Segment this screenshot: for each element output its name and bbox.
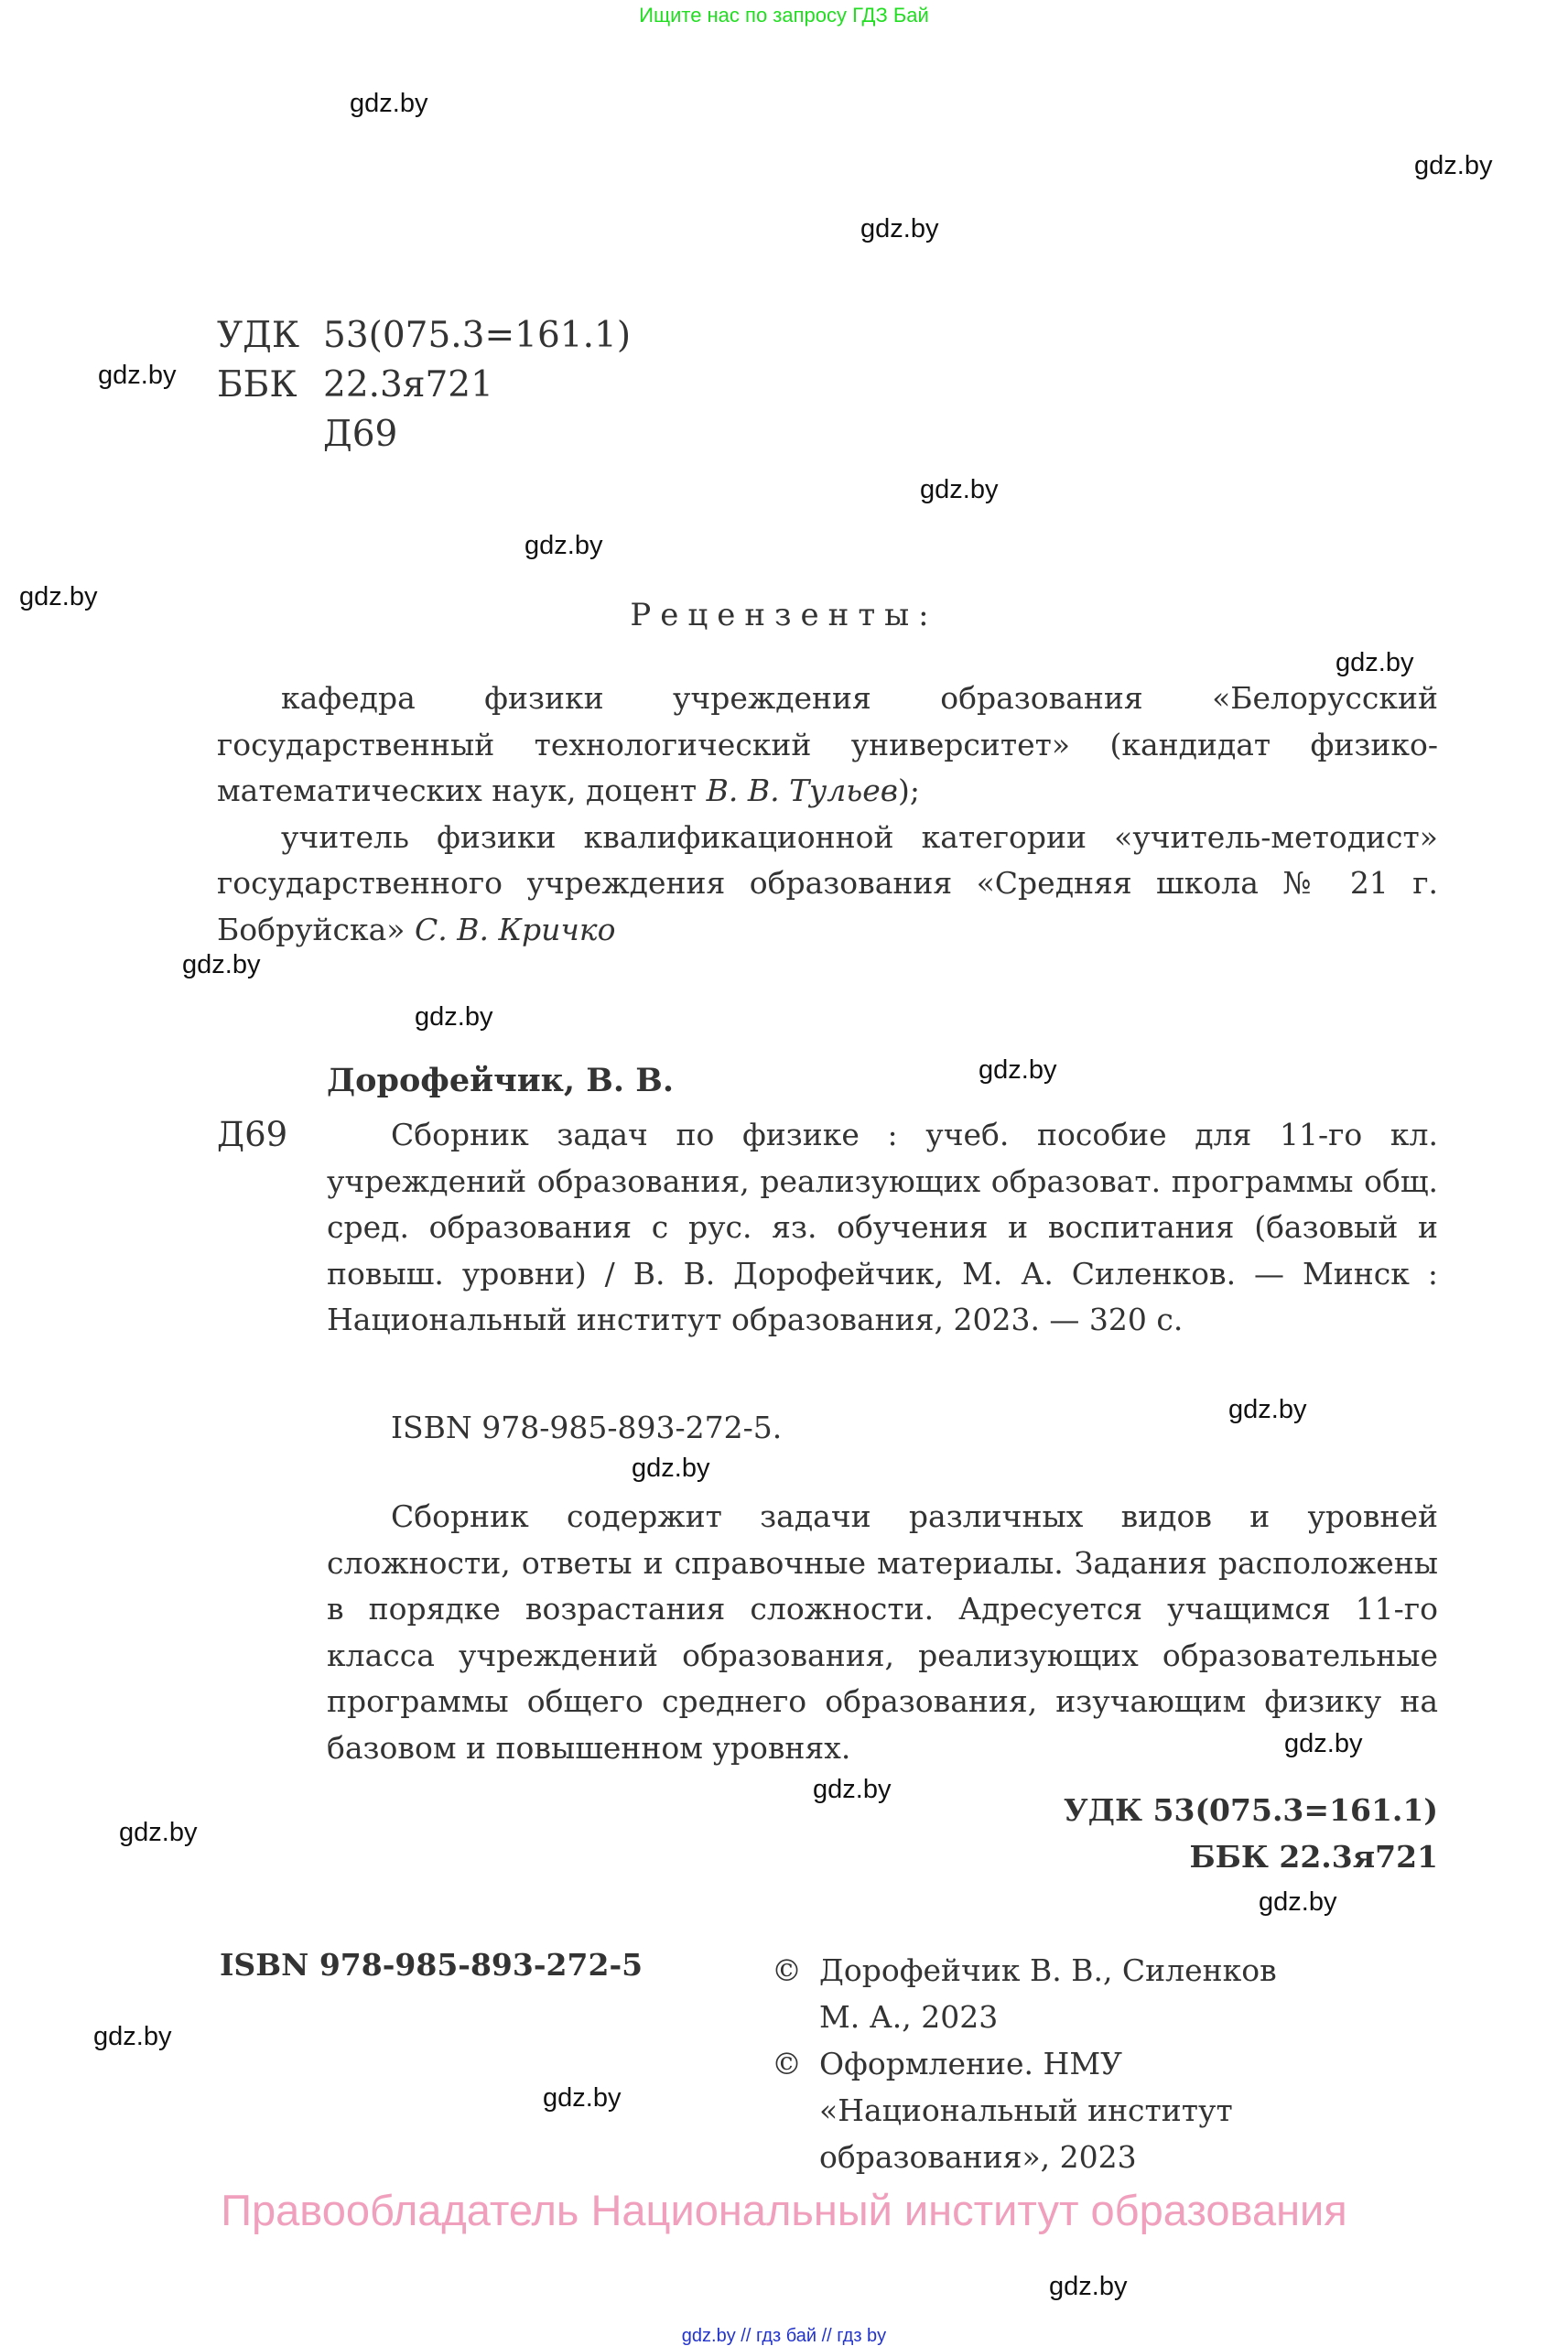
watermark: gdz.by — [860, 214, 938, 244]
bbk-value: 22.3я721 — [323, 364, 493, 405]
watermark: gdz.by — [543, 2083, 621, 2114]
bibliographic-description: Сборник задач по физике : учеб. пособие … — [327, 1112, 1438, 1344]
watermark: gdz.by — [813, 1775, 891, 1805]
bottom-bbk: ББК 22.3я721 — [1064, 1833, 1438, 1880]
copyright-item: ©Дорофейчик В. В., Силенков М. А., 2023 — [772, 1947, 1295, 2040]
bbk-label: ББК — [217, 361, 323, 410]
reviewer-text: учитель физики квалификационной категори… — [217, 819, 1438, 947]
watermark: gdz.by — [119, 1818, 197, 1848]
reviewer-item: кафедра физики учреждения образования «Б… — [217, 676, 1438, 815]
reviewers-list: кафедра физики учреждения образования «Б… — [217, 676, 1438, 953]
reviewer-item: учитель физики квалификационной категори… — [217, 815, 1438, 954]
watermark: gdz.by — [93, 2022, 171, 2052]
watermark: gdz.by — [1228, 1395, 1306, 1425]
annotation-text: Сборник содержит задачи различных видов … — [327, 1494, 1438, 1771]
watermark: gdz.by — [920, 475, 998, 505]
watermark: gdz.by — [1336, 648, 1413, 678]
isbn-bottom: ISBN 978-985-893-272-5 — [220, 1947, 643, 1983]
copyright-block: ©Дорофейчик В. В., Силенков М. А., 2023 … — [772, 1947, 1295, 2180]
copyright-text: Оформление. НМУ «Национальный институт о… — [819, 2046, 1233, 2175]
watermark: gdz.by — [632, 1454, 709, 1484]
copyright-icon: © — [772, 2040, 802, 2087]
footer-links[interactable]: gdz.by // гдз бай // гдз by — [0, 2326, 1568, 2346]
search-prompt-link[interactable]: Ищите нас по запросу ГДЗ Бай — [0, 4, 1568, 27]
watermark: gdz.by — [1414, 151, 1492, 181]
rights-holder: Правообладатель Национальный институт об… — [0, 2185, 1568, 2235]
watermark: gdz.by — [182, 950, 260, 980]
author-mark: Д69 — [323, 414, 397, 455]
watermark: gdz.by — [1259, 1887, 1336, 1918]
watermark: gdz.by — [979, 1055, 1056, 1086]
watermark: gdz.by — [350, 89, 427, 119]
copyright-icon: © — [772, 1947, 802, 1994]
udk-value: 53(075.3=161.1) — [323, 315, 631, 356]
reviewer-suffix: ); — [898, 773, 920, 808]
bottom-udk: УДК 53(075.3=161.1) — [1064, 1787, 1438, 1833]
copyright-text: Дорофейчик В. В., Силенков М. А., 2023 — [819, 1952, 1277, 2035]
annotation: Сборник содержит задачи различных видов … — [327, 1494, 1438, 1771]
reviewer-name: В. В. Тульев — [707, 773, 898, 808]
watermark: gdz.by — [98, 361, 176, 391]
author-heading: Дорофейчик, В. В. — [327, 1062, 674, 1099]
watermark: gdz.by — [524, 531, 602, 561]
udk-label: УДК — [217, 311, 323, 361]
isbn-line: ISBN 978-985-893-272-5. — [391, 1410, 782, 1445]
author-code: Д69 — [217, 1115, 287, 1154]
reviewers-title: Рецензенты: — [0, 597, 1568, 633]
bottom-classification: УДК 53(075.3=161.1) ББК 22.3я721 — [1064, 1787, 1438, 1880]
description-text: Сборник задач по физике : учеб. пособие … — [327, 1112, 1438, 1344]
watermark: gdz.by — [415, 1002, 492, 1032]
watermark: gdz.by — [1049, 2272, 1127, 2302]
reviewer-name: С. В. Кричко — [415, 912, 615, 947]
classification-block: УДК53(075.3=161.1) ББК22.3я721 Д69 — [217, 311, 631, 459]
copyright-item: ©Оформление. НМУ «Национальный институт … — [772, 2040, 1295, 2180]
